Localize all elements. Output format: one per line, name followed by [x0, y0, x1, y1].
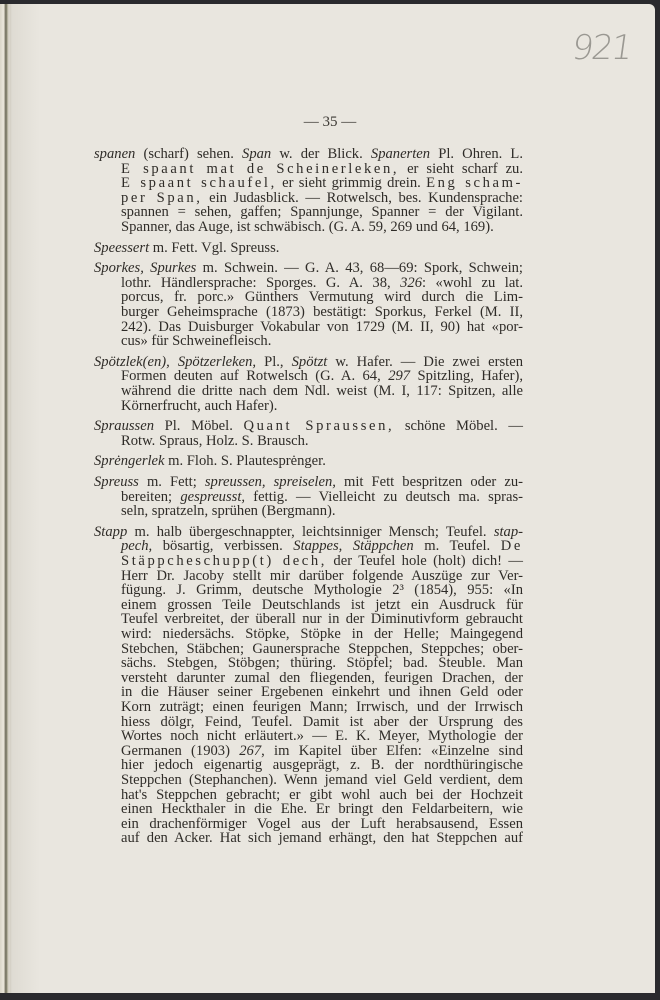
text-run: m. halb übergeschnappter, leichtsinniger… [127, 524, 494, 540]
entry-line: 242). Das Duisburger Vokabular von 1729 … [121, 320, 523, 335]
italic-term: gespreusst, [180, 489, 245, 505]
entry-line: Spanner, das Auge, ist schwäbisch. (G. A… [121, 220, 523, 235]
italic-term: Spötzt [292, 354, 328, 370]
entry-line: während die dritte nach dem Ndl. weist (… [121, 384, 523, 399]
spaced-example: Eng scham- [426, 175, 523, 191]
italic-term: Sporkes, Spurkes [94, 260, 196, 276]
entry-line: porcus, fr. porc.» Günthers Vermutung wi… [121, 290, 523, 305]
text-run: er sieht scharf zu. [399, 161, 523, 177]
entry-line: sächs. Stebgen, Stöbgen; thüring. Stöpfe… [121, 656, 523, 671]
entry-line: Formen deuten auf Rotwelsch (G. A. 64, 2… [121, 369, 523, 384]
text-run: seln, spratzeln, sprühen (Bergmann). [121, 503, 336, 519]
text-run: Wortes noch nicht erläutert.» — E. K. Me… [121, 728, 523, 744]
italic-term: stap- [494, 524, 523, 540]
text-run: ein Judasblick. — Rotwelsch, bes. Kunden… [202, 190, 523, 206]
entry-line: wird: niedersächs. Stöpke, Stöpke in der… [121, 627, 523, 642]
entry-line: in die Häuser seiner Ergebenen einkehrt … [121, 685, 523, 700]
entry-line: Stäppcheschupp(t) dech, der Teufel hole … [121, 554, 523, 569]
text-run: Pl., [256, 354, 292, 370]
text-run: w. der Blick. [271, 146, 371, 162]
text-run: mit Fett bespritzen oder zu- [336, 474, 523, 490]
entry-line: seln, spratzeln, sprühen (Bergmann). [121, 504, 523, 519]
spaced-example: Stäppcheschupp(t) dech, [121, 553, 327, 569]
entry-line: Germanen (1903) 267, im Kapitel über Elf… [121, 744, 523, 759]
entry-line: einen Heckthaler in die Ehe. Er bringt d… [121, 802, 523, 817]
italic-term: Spraussen [94, 418, 154, 434]
text-run: einen Heckthaler in die Ehe. Er bringt d… [121, 801, 523, 817]
text-run: versteht darunter zumal den fliegenden, … [121, 670, 523, 686]
spaced-example: E spaant schaufel, [121, 175, 277, 191]
text-run: spannen = sehen, gaffen; Spannjunge, Spa… [121, 204, 523, 220]
entry-headline: Sprėngerlek m. Floh. S. Plautesprėnger. [94, 454, 523, 469]
entry-line: lothr. Händlersprache: Sporges. G. A. 38… [121, 276, 523, 291]
text-run: burger Geheimsprache (1873) bestätigt: S… [121, 304, 523, 320]
text-run: cus» für Schweinefleisch. [121, 333, 271, 349]
entry-line: versteht darunter zumal den fliegenden, … [121, 671, 523, 686]
italic-term: Stappes, Stäppchen [293, 538, 413, 554]
italic-term: Speessert [94, 240, 149, 256]
text-run: Steppchen (Stephanchen). Wenn jemand vie… [121, 772, 523, 788]
italic-term: Spötzlek(en), Spötzerleken, [94, 354, 256, 370]
entry-line: burger Geheimsprache (1873) bestätigt: S… [121, 305, 523, 320]
italic-term: Spreuss [94, 474, 139, 490]
italic-term: 297 [388, 368, 410, 384]
entry-headline: Stapp m. halb übergeschnappter, leichtsi… [94, 525, 523, 540]
page-number: — 35 — [0, 114, 660, 131]
entry-line: Teufel verbreitet, der überall nur in de… [121, 612, 523, 627]
text-run: Körnerfrucht, auch Hafer). [121, 398, 277, 414]
entry-line: Herr Dr. Jacoby stellt mir darüber folge… [121, 569, 523, 584]
entry-line: per Span, ein Judasblick. — Rotwelsch, b… [121, 191, 523, 206]
text-run: der Teufel hole (holt) dich! — [327, 553, 523, 569]
entry-headline: Spraussen Pl. Möbel. Quant Spraussen, sc… [94, 419, 523, 434]
italic-term: Spanerten [371, 146, 430, 162]
entry-headline: Sporkes, Spurkes m. Schwein. — G. A. 43,… [94, 261, 523, 276]
italic-term: 267 [239, 743, 261, 759]
entry-line: Korn zuträgt; einen feurigen Mann; Irrwi… [121, 700, 523, 715]
text-run: porcus, fr. porc.» Günthers Vermutung wi… [121, 289, 523, 305]
text-run: bereiten; [121, 489, 180, 505]
spaced-example: E spaant mat de Scheinerleken, [121, 161, 399, 177]
spaced-example: Quant Spraussen, [243, 418, 394, 434]
text-run: m. Fett. Vgl. Spreuss. [149, 240, 279, 256]
text-run: w. Hafer. — Die zwei ersten [327, 354, 523, 370]
text-run: hat's Steppchen gebracht; er gibt wohl a… [121, 787, 523, 803]
entry-line: hiess dölgr, Feind, Teufel. Damit ist ab… [121, 715, 523, 730]
entry-line: E spaant schaufel, er sieht grimmig drei… [121, 176, 523, 191]
italic-term: 326 [400, 275, 422, 291]
text-run: sächs. Stebgen, Stöbgen; thüring. Stöpfe… [121, 655, 523, 671]
entry-line: fügung. J. Grimm, deutsche Mythologie 2³… [121, 583, 523, 598]
text-run: schöne Möbel. — [394, 418, 523, 434]
italic-term: pech, [121, 538, 152, 554]
text-run: Rotw. Spraus, Holz. S. Brausch. [121, 433, 309, 449]
text-run: Pl. Möbel. [154, 418, 243, 434]
text-run: in die Häuser seiner Ergebenen einkehrt … [121, 684, 523, 700]
text-run: Herr Dr. Jacoby stellt mir darüber folge… [121, 568, 523, 584]
text-run: m. Fett; [139, 474, 205, 490]
text-run: lothr. Händlersprache: Sporges. G. A. 38… [121, 275, 400, 291]
entry-line: bereiten; gespreusst, fettig. — Vielleic… [121, 490, 523, 505]
text-run: Stebchen, Stäbchen; Gaunersprache Steppc… [121, 641, 523, 657]
entry-headline: Spötzlek(en), Spötzerleken, Pl., Spötzt … [94, 355, 523, 370]
handwritten-folio-number: 921 [569, 28, 634, 68]
spaced-example: De [501, 538, 523, 554]
text-run: er sieht grimmig drein. [277, 175, 426, 191]
text-run: bösartig, verbissen. [152, 538, 293, 554]
text-run: auf den Acker. Hat sich jemand erhängt, … [121, 830, 523, 846]
text-run: wird: niedersächs. Stöpke, Stöpke in der… [121, 626, 523, 642]
entry-line: Körnerfrucht, auch Hafer). [121, 399, 523, 414]
entry-line: cus» für Schweinefleisch. [121, 334, 523, 349]
entry-line: hier jedoch eigenartig ausgeprägt, z. B.… [121, 758, 523, 773]
entry-line: Wortes noch nicht erläutert.» — E. K. Me… [121, 729, 523, 744]
page-gutter-shadow [10, 4, 40, 993]
text-run: Korn zuträgt; einen feurigen Mann; Irrwi… [121, 699, 523, 715]
entry-line: pech, bösartig, verbissen. Stappes, Stäp… [121, 539, 523, 554]
text-run: m. Teufel. [414, 538, 501, 554]
text-run: hiess dölgr, Feind, Teufel. Damit ist ab… [121, 714, 523, 730]
entry-line: spannen = sehen, gaffen; Spannjunge, Spa… [121, 205, 523, 220]
italic-term: spanen [94, 146, 135, 162]
entry-headline: Spreuss m. Fett; spreussen, spreiselen, … [94, 475, 523, 490]
entry-line: hat's Steppchen gebracht; er gibt wohl a… [121, 788, 523, 803]
text-run: 242). Das Duisburger Vokabular von 1729 … [121, 319, 523, 335]
text-run: fügung. J. Grimm, deutsche Mythologie 2³… [121, 582, 523, 598]
text-run: Germanen (1903) [121, 743, 239, 759]
entry-line: Steppchen (Stephanchen). Wenn jemand vie… [121, 773, 523, 788]
text-run: hier jedoch eigenartig ausgeprägt, z. B.… [121, 757, 523, 773]
entry-line: ein drachenförmiger Vogel aus der Luft h… [121, 817, 523, 832]
entry-line: Stebchen, Stäbchen; Gaunersprache Steppc… [121, 642, 523, 657]
entry-line: auf den Acker. Hat sich jemand erhängt, … [121, 831, 523, 846]
text-run: (scharf) sehen. [135, 146, 242, 162]
text-run: Formen deuten auf Rotwelsch (G. A. 64, [121, 368, 388, 384]
spaced-example: per Span, [121, 190, 202, 206]
text-run: Pl. Ohren. L. [430, 146, 523, 162]
text-run: ein drachenförmiger Vogel aus der Luft h… [121, 816, 523, 832]
text-run: während die dritte nach dem Ndl. weist (… [121, 383, 523, 399]
text-run: : «wohl zu lat. [422, 275, 523, 291]
text-run: m. Floh. S. Plautesprėnger. [165, 453, 326, 469]
entry-line: Rotw. Spraus, Holz. S. Brausch. [121, 434, 523, 449]
entry-headline: spanen (scharf) sehen. Span w. der Blick… [94, 147, 523, 162]
text-run: Spitzling, Hafer), [410, 368, 523, 384]
italic-term: spreussen, spreiselen, [205, 474, 336, 490]
italic-term: Stapp [94, 524, 127, 540]
entry-line: einem grossen Teile Deutschlands ist jet… [121, 598, 523, 613]
text-run: Teufel verbreitet, der überall nur in de… [121, 611, 523, 627]
text-run: Spanner, das Auge, ist schwäbisch. (G. A… [121, 219, 494, 235]
text-run: m. Schwein. — G. A. 43, 68—69: Spork, Sc… [196, 260, 523, 276]
text-run: einem grossen Teile Deutschlands ist jet… [121, 597, 523, 613]
text-run: , im Kapitel über Elfen: «Einzelne sind [261, 743, 523, 759]
text-run: fettig. — Vielleicht zu deutsch ma. spra… [245, 489, 523, 505]
italic-term: Sprėngerlek [94, 453, 165, 469]
italic-term: Span [242, 146, 271, 162]
entry-headline: Speessert m. Fett. Vgl. Spreuss. [94, 241, 523, 256]
entry-line: E spaant mat de Scheinerleken, er sieht … [121, 162, 523, 177]
